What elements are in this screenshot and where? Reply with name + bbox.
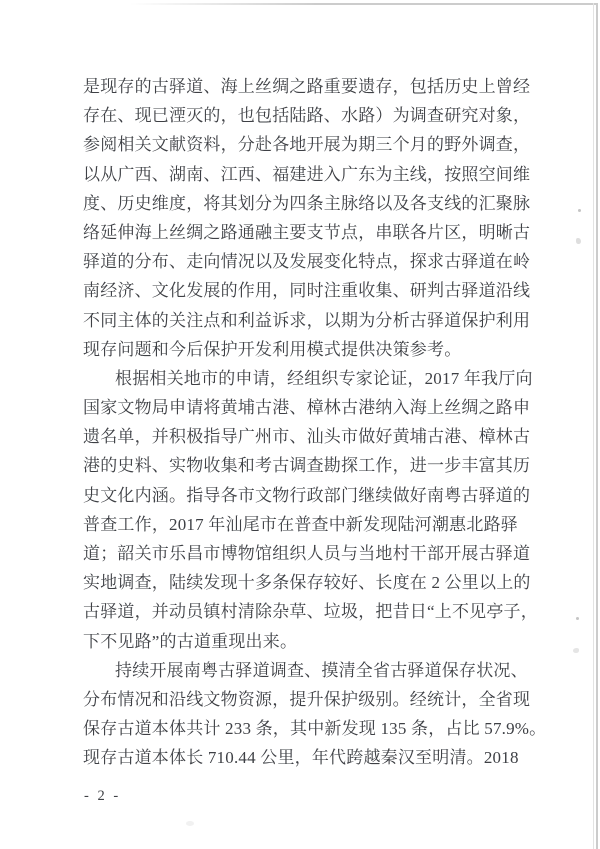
text-line: 保存古道本体共计 233 条，其中新发现 135 条，占比 57.9%。 bbox=[83, 714, 518, 743]
text-line: 港的史料、实物收集和考古调查勘探工作，进一步丰富其历 bbox=[83, 451, 518, 480]
page-number: - 2 - bbox=[84, 788, 121, 805]
scan-speck bbox=[576, 238, 581, 244]
text-line: 存在、现已湮灭的，也包括陆路、水路）为调查研究对象， bbox=[83, 101, 518, 130]
text-line: 现存问题和今后保护开发利用模式提供决策参考。 bbox=[83, 335, 518, 364]
text-line: 以从广西、湖南、江西、福建进入广东为主线，按照空间维 bbox=[83, 160, 518, 189]
text-line: 下不见路”的古道重现出来。 bbox=[83, 627, 518, 656]
text-line: 度、历史维度，将其划分为四条主脉络以及各支线的汇聚脉 bbox=[83, 189, 518, 218]
scan-edge-top bbox=[130, 3, 597, 5]
text-line: 古驿道，并动员镇村清除杂草、垃圾，把昔日“上不见亭子， bbox=[83, 597, 518, 626]
document-body: 是现存的古驿道、海上丝绸之路重要遗存，包括历史上曾经存在、现已湮灭的，也包括陆路… bbox=[83, 72, 518, 773]
text-line: 实地调查，陆续发现十多条保存较好、长度在 2 公里以上的 bbox=[83, 568, 518, 597]
text-line: 普查工作，2017 年汕尾市在普查中新发现陆河潮惠北路驿 bbox=[83, 510, 518, 539]
text-line: 南经济、文化发展的作用，同时注重收集、研判古驿道沿线 bbox=[83, 276, 518, 305]
scan-speck bbox=[186, 821, 194, 826]
text-line: 道；韶关市乐昌市博物馆组织人员与当地村干部开展古驿道 bbox=[83, 539, 518, 568]
scan-speck bbox=[573, 648, 579, 653]
text-line: 持续开展南粤古驿道调查、摸清全省古驿道保存状况、 bbox=[83, 656, 518, 685]
text-line: 络延伸海上丝绸之路通融主要支节点，串联各片区，明晰古 bbox=[83, 218, 518, 247]
scan-edge-right bbox=[596, 3, 598, 849]
text-line: 史文化内涵。指导各市文物行政部门继续做好南粤古驿道的 bbox=[83, 481, 518, 510]
text-line: 驿道的分布、走向情况以及发展变化特点，探求古驿道在岭 bbox=[83, 247, 518, 276]
text-line: 现存古道本体长 710.44 公里，年代跨越秦汉至明清。2018 bbox=[83, 743, 518, 772]
text-line: 是现存的古驿道、海上丝绸之路重要遗存，包括历史上曾经 bbox=[83, 72, 518, 101]
text-line: 国家文物局申请将黄埔古港、樟林古港纳入海上丝绸之路申 bbox=[83, 393, 518, 422]
text-line: 根据相关地市的申请，经组织专家论证，2017 年我厅向 bbox=[83, 364, 518, 393]
scan-edge-right-inner bbox=[593, 3, 594, 849]
scan-speck bbox=[576, 617, 579, 620]
text-line: 不同主体的关注点和利益诉求，以期为分析古驿道保护利用 bbox=[83, 306, 518, 335]
text-line: 分布情况和沿线文物资源，提升保护级别。经统计，全省现 bbox=[83, 685, 518, 714]
scanned-document-page: 是现存的古驿道、海上丝绸之路重要遗存，包括历史上曾经存在、现已湮灭的，也包括陆路… bbox=[0, 0, 600, 849]
text-line: 参阅相关文献资料，分赴各地开展为期三个月的野外调查， bbox=[83, 130, 518, 159]
scan-speck bbox=[578, 209, 581, 212]
text-line: 遗名单，并积极指导广州市、汕头市做好黄埔古港、樟林古 bbox=[83, 422, 518, 451]
